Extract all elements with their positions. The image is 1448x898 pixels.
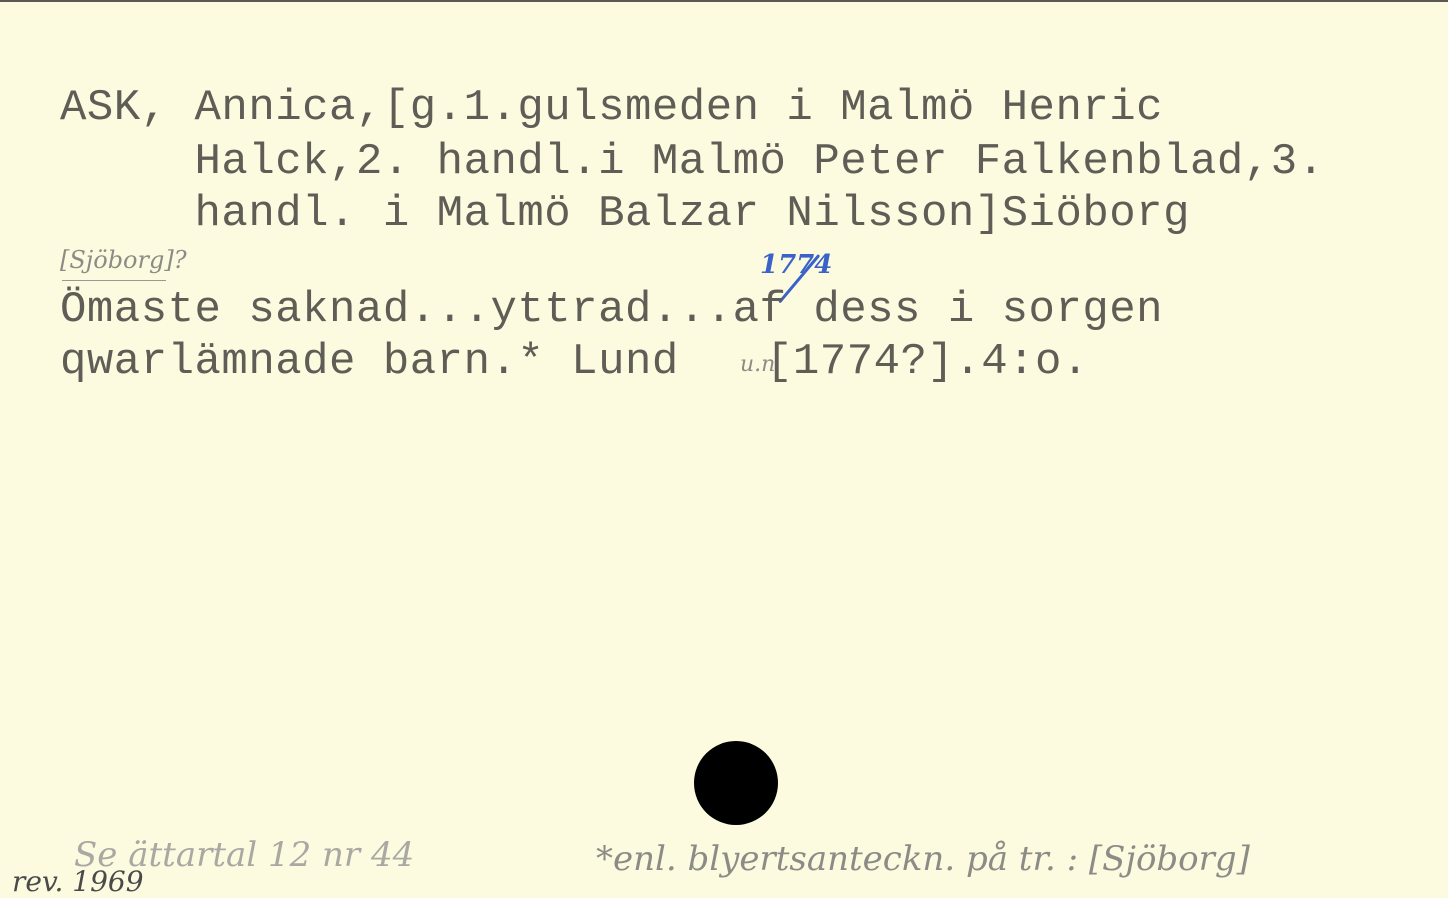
- typed-line-5: qwarlämnade barn.* Lund: [60, 340, 679, 384]
- typed-line-1: ASK, Annica,[g.1.gulsmeden i Malmö Henri…: [60, 86, 1163, 130]
- handwritten-blue-year: 1774: [760, 252, 832, 278]
- handwritten-bracket-name: [Sjöborg]?: [60, 248, 187, 272]
- catalog-card: ASK, Annica,[g.1.gulsmeden i Malmö Henri…: [0, 0, 1448, 898]
- pencil-underline: [62, 280, 166, 281]
- punch-hole: [694, 741, 778, 825]
- handwritten-bottom-note-2: *enl. blyertsanteckn. på tr. : [Sjöborg]: [596, 842, 1250, 876]
- typed-line-2: Halck,2. handl.i Malmö Peter Falkenblad,…: [60, 140, 1325, 184]
- handwritten-revision: rev. 1969: [12, 868, 144, 896]
- typed-line-6: [1774?].4:o.: [766, 340, 1089, 384]
- typed-line-4: Ömaste saknad...yttrad...af dess i sorge…: [60, 288, 1163, 332]
- typed-line-3: handl. i Malmö Balzar Nilsson]Siöborg: [60, 192, 1190, 236]
